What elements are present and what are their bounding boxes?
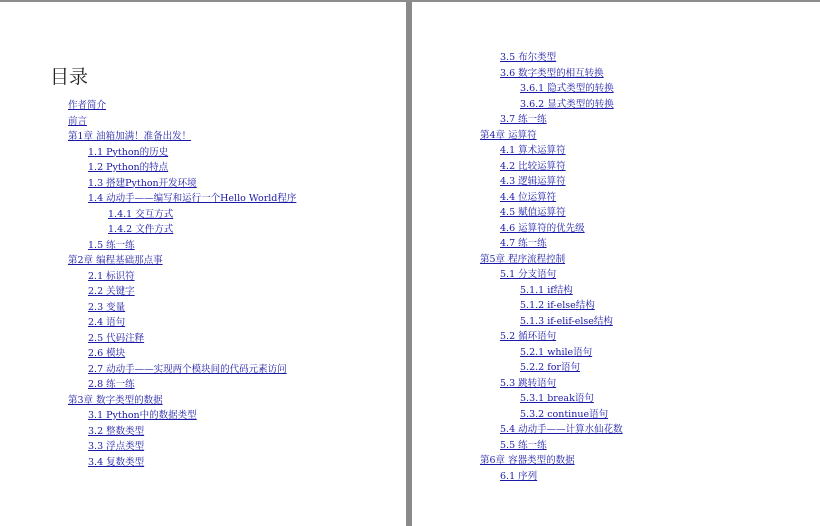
toc-entry: 1.1 Python的历史 [68,145,296,161]
toc-entry: 2.4 语句 [68,315,296,331]
toc-link[interactable]: 5.3 跳转语句 [500,378,556,389]
toc-link[interactable]: 4.5 赋值运算符 [500,207,566,218]
toc-list-left: 作者简介前言第1章 油箱加满！准备出发！1.1 Python的历史1.2 Pyt… [68,98,296,470]
toc-link[interactable]: 3.5 布尔类型 [500,52,556,63]
toc-link[interactable]: 4.2 比较运算符 [500,161,566,172]
toc-entry: 3.5 布尔类型 [480,50,623,66]
toc-link[interactable]: 3.1 Python中的数据类型 [88,410,197,421]
toc-entry: 第6章 容器类型的数据 [480,453,623,469]
toc-link[interactable]: 5.1.1 if结构 [520,285,573,296]
toc-entry: 5.1 分支语句 [480,267,623,283]
toc-link[interactable]: 5.4 动动手——计算水仙花数 [500,424,623,435]
toc-entry: 2.1 标识符 [68,269,296,285]
toc-link[interactable]: 3.6.1 隐式类型的转换 [520,83,614,94]
toc-entry: 5.2 循环语句 [480,329,623,345]
toc-entry: 1.2 Python的特点 [68,160,296,176]
toc-link[interactable]: 第4章 运算符 [480,130,537,141]
toc-link[interactable]: 前言 [68,116,87,127]
toc-entry: 3.4 复数类型 [68,455,296,471]
toc-entry: 4.2 比较运算符 [480,159,623,175]
toc-link[interactable]: 2.7 动动手——实现两个模块间的代码元素访问 [88,364,287,375]
toc-entry: 2.6 模块 [68,346,296,362]
toc-link[interactable]: 3.6.2 显式类型的转换 [520,99,614,110]
toc-entry: 1.4.2 文件方式 [68,222,296,238]
toc-link[interactable]: 2.1 标识符 [88,271,135,282]
toc-entry: 4.4 位运算符 [480,190,623,206]
toc-link[interactable]: 4.1 算术运算符 [500,145,566,156]
toc-link[interactable]: 5.1.2 if-else结构 [520,300,595,311]
toc-link[interactable]: 2.2 关键字 [88,286,135,297]
toc-entry: 5.3 跳转语句 [480,376,623,392]
toc-entry: 5.3.2 continue语句 [480,407,623,423]
toc-link[interactable]: 3.3 浮点类型 [88,441,144,452]
toc-entry: 第4章 运算符 [480,128,623,144]
toc-entry: 5.2.1 while语句 [480,345,623,361]
toc-entry: 4.5 赋值运算符 [480,205,623,221]
toc-entry: 3.3 浮点类型 [68,439,296,455]
toc-link[interactable]: 5.1 分支语句 [500,269,556,280]
toc-link[interactable]: 第6章 容器类型的数据 [480,455,575,466]
toc-link[interactable]: 4.6 运算符的优先级 [500,223,585,234]
toc-link[interactable]: 1.4.1 交互方式 [108,209,173,220]
toc-link[interactable]: 1.4.2 文件方式 [108,224,173,235]
toc-link[interactable]: 3.7 练一练 [500,114,547,125]
toc-entry: 3.6.1 隐式类型的转换 [480,81,623,97]
toc-link[interactable]: 6.1 序列 [500,471,537,482]
toc-entry: 2.7 动动手——实现两个模块间的代码元素访问 [68,362,296,378]
toc-entry: 3.1 Python中的数据类型 [68,408,296,424]
toc-entry: 5.1.1 if结构 [480,283,623,299]
toc-link[interactable]: 5.1.3 if-elif-else结构 [520,316,613,327]
toc-entry: 1.4.1 交互方式 [68,207,296,223]
toc-link[interactable]: 第5章 程序流程控制 [480,254,565,265]
toc-link[interactable]: 第2章 编程基础那点事 [68,255,163,266]
toc-link[interactable]: 作者简介 [68,100,106,111]
toc-entry: 2.2 关键字 [68,284,296,300]
toc-link[interactable]: 4.3 逻辑运算符 [500,176,566,187]
toc-entry: 4.3 逻辑运算符 [480,174,623,190]
toc-entry: 第3章 数字类型的数据 [68,393,296,409]
toc-entry: 3.2 整数类型 [68,424,296,440]
toc-link[interactable]: 1.1 Python的历史 [88,147,168,158]
toc-entry: 5.3.1 break语句 [480,391,623,407]
toc-entry: 4.7 练一练 [480,236,623,252]
toc-entry: 3.7 练一练 [480,112,623,128]
toc-link[interactable]: 第3章 数字类型的数据 [68,395,163,406]
page-right: 3.5 布尔类型3.6 数字类型的相互转换3.6.1 隐式类型的转换3.6.2 … [412,2,820,526]
page-left: 目录 作者简介前言第1章 油箱加满！准备出发！1.1 Python的历史1.2 … [0,2,406,526]
toc-entry: 2.5 代码注释 [68,331,296,347]
toc-entry: 4.1 算术运算符 [480,143,623,159]
toc-link[interactable]: 5.2 循环语句 [500,331,556,342]
toc-link[interactable]: 1.2 Python的特点 [88,162,168,173]
toc-entry: 5.1.3 if-elif-else结构 [480,314,623,330]
toc-entry: 作者简介 [68,98,296,114]
toc-link[interactable]: 2.5 代码注释 [88,333,144,344]
toc-entry: 2.3 变量 [68,300,296,316]
toc-link[interactable]: 5.2.2 for语句 [520,362,580,373]
toc-title: 目录 [50,62,88,89]
toc-entry: 第2章 编程基础那点事 [68,253,296,269]
toc-link[interactable]: 3.4 复数类型 [88,457,144,468]
toc-link[interactable]: 1.5 练一练 [88,240,135,251]
toc-entry: 4.6 运算符的优先级 [480,221,623,237]
toc-link[interactable]: 5.3.1 break语句 [520,393,594,404]
toc-entry: 第5章 程序流程控制 [480,252,623,268]
toc-link[interactable]: 2.6 模块 [88,348,125,359]
toc-link[interactable]: 5.3.2 continue语句 [520,409,608,420]
toc-entry: 5.1.2 if-else结构 [480,298,623,314]
toc-link[interactable]: 2.8 练一练 [88,379,135,390]
document-viewer: 目录 作者简介前言第1章 油箱加满！准备出发！1.1 Python的历史1.2 … [0,0,820,526]
toc-entry: 3.6 数字类型的相互转换 [480,66,623,82]
toc-link[interactable]: 3.6 数字类型的相互转换 [500,68,604,79]
toc-entry: 5.5 练一练 [480,438,623,454]
toc-link[interactable]: 2.4 语句 [88,317,125,328]
toc-link[interactable]: 4.4 位运算符 [500,192,556,203]
toc-list-right: 3.5 布尔类型3.6 数字类型的相互转换3.6.1 隐式类型的转换3.6.2 … [480,50,623,484]
toc-link[interactable]: 3.2 整数类型 [88,426,144,437]
toc-entry: 前言 [68,114,296,130]
toc-entry: 2.8 练一练 [68,377,296,393]
toc-link[interactable]: 第1章 油箱加满！准备出发！ [68,131,191,142]
toc-entry: 1.5 练一练 [68,238,296,254]
toc-link[interactable]: 1.3 搭建Python开发环境 [88,178,197,189]
toc-entry: 6.1 序列 [480,469,623,485]
toc-entry: 1.3 搭建Python开发环境 [68,176,296,192]
toc-link[interactable]: 2.3 变量 [88,302,125,313]
toc-link[interactable]: 5.2.1 while语句 [520,347,592,358]
toc-entry: 第1章 油箱加满！准备出发！ [68,129,296,145]
toc-link[interactable]: 4.7 练一练 [500,238,547,249]
toc-entry: 1.4 动动手——编写和运行一个Hello World程序 [68,191,296,207]
toc-entry: 5.4 动动手——计算水仙花数 [480,422,623,438]
toc-entry: 5.2.2 for语句 [480,360,623,376]
toc-entry: 3.6.2 显式类型的转换 [480,97,623,113]
toc-link[interactable]: 5.5 练一练 [500,440,547,451]
toc-link[interactable]: 1.4 动动手——编写和运行一个Hello World程序 [88,193,296,204]
